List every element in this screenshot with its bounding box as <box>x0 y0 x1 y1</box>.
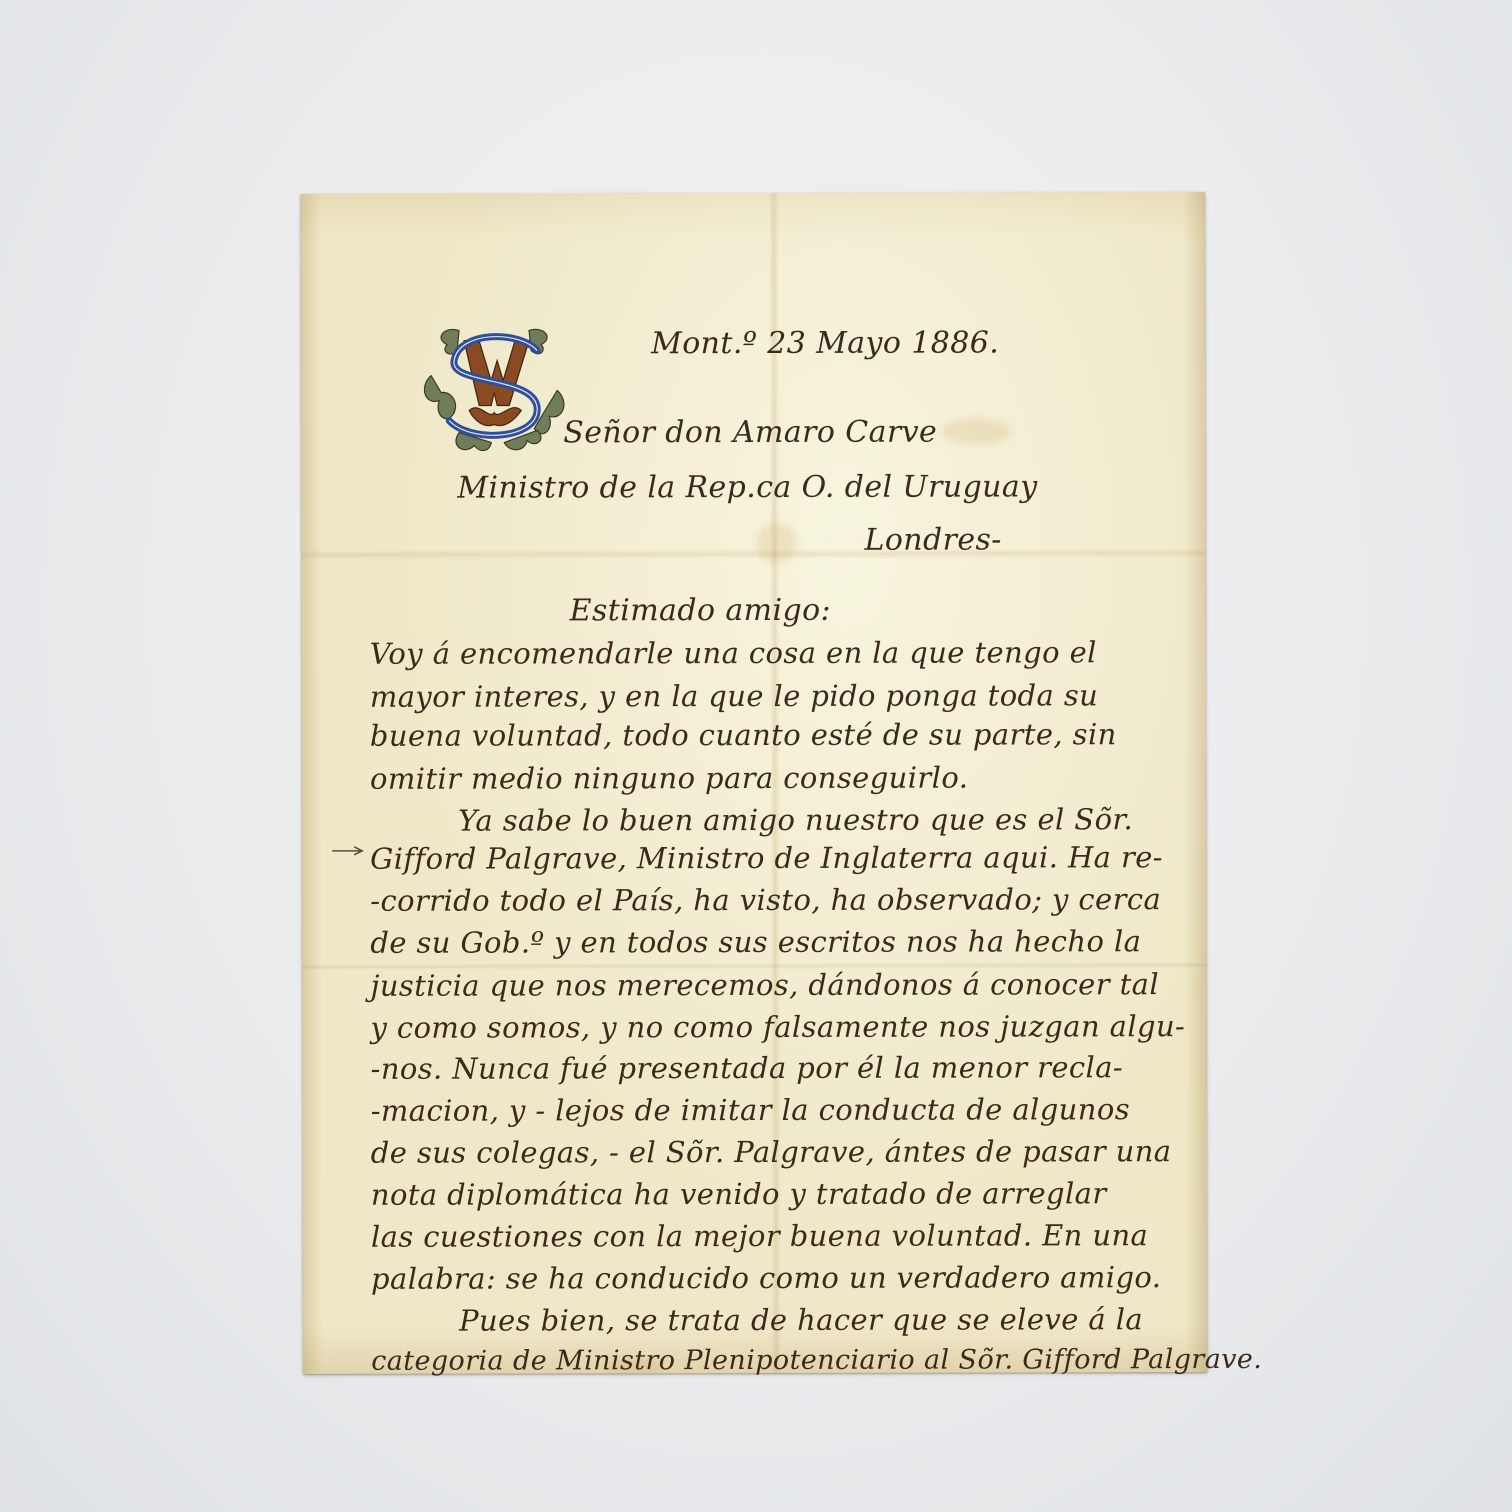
body-line: Gifford Palgrave, Ministro de Inglaterra… <box>370 840 1163 876</box>
body-line: nota diplomática ha venido y tratado de … <box>371 1176 1107 1212</box>
illuminated-monogram-icon <box>419 320 569 460</box>
margin-arrow-icon <box>332 846 366 856</box>
body-line: de sus colegas, - el Sõr. Palgrave, ánte… <box>371 1134 1172 1170</box>
letter-sheet: Mont.º 23 Mayo 1886. Señor don Amaro Car… <box>301 192 1207 1374</box>
body-line: mayor interes, y en la que le pido ponga… <box>370 678 1098 714</box>
dateline: Mont.º 23 Mayo 1886. <box>651 325 999 361</box>
body-line: Pues bien, se trata de hacer que se elev… <box>371 1302 1143 1338</box>
body-line: omitir medio ninguno para conseguirlo. <box>370 761 968 796</box>
recipient-city: Londres- <box>864 522 1001 557</box>
recipient-name: Señor don Amaro Carve <box>563 415 937 451</box>
body-line: -nos. Nunca fué presentada por él la men… <box>371 1050 1124 1086</box>
body-line: Voy á encomendarle una cosa en la que te… <box>370 635 1097 671</box>
body-line: buena voluntad, todo cuanto esté de su p… <box>370 717 1117 753</box>
body-line: justicia que nos merecemos, dándonos á c… <box>370 967 1159 1003</box>
body-line: y como somos, y no como falsamente nos j… <box>370 1009 1185 1045</box>
body-line: las cuestiones con la mejor buena volunt… <box>371 1218 1148 1254</box>
body-line: categoria de Ministro Plenipotenciario a… <box>371 1344 1262 1377</box>
recipient-title: Ministro de la Rep.ca O. del Uruguay <box>457 469 1037 505</box>
paper-stain <box>756 523 796 563</box>
paper-stain <box>941 418 1011 444</box>
body-line: -macion, y - lejos de imitar la conducta… <box>371 1092 1130 1128</box>
body-line: -corrido todo el País, ha visto, ha obse… <box>370 882 1161 918</box>
salutation: Estimado amigo: <box>570 593 831 629</box>
body-line: Ya sabe lo buen amigo nuestro que es el … <box>370 802 1133 838</box>
body-line: de su Gob.º y en todos sus escritos nos … <box>370 924 1141 960</box>
body-line: palabra: se ha conducido como un verdade… <box>371 1260 1161 1296</box>
horizontal-fold-crease <box>302 548 1206 560</box>
